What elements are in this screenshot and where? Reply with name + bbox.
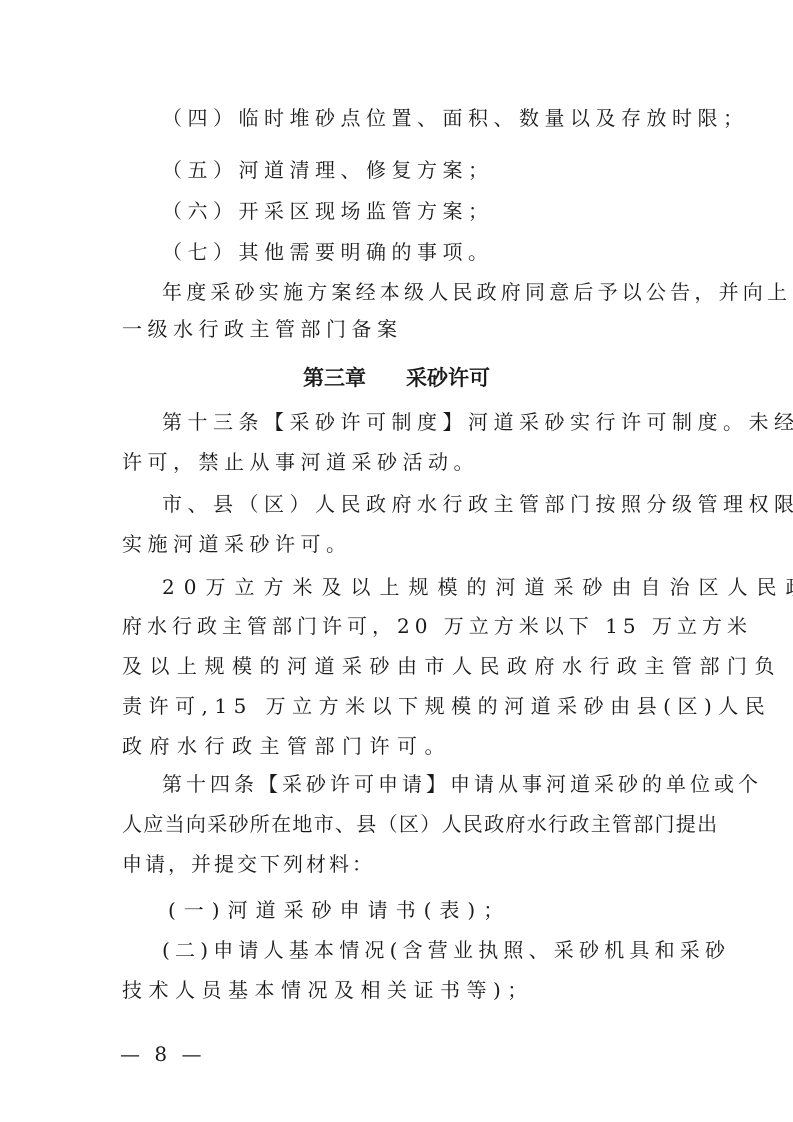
chapter-heading: 第三章采砂许可 xyxy=(0,364,793,392)
article-14-line1: 第十四条【采砂许可申请】申请从事河道采砂的单位或个 xyxy=(162,770,674,798)
article-14-line2: 人应当向采砂所在地市、县（区）人民政府水行政主管部门提出 xyxy=(122,810,674,838)
chapter-number: 第三章 xyxy=(303,364,366,392)
paragraph-scale-line2: 府水行政主管部门许可，20 万立方米以下 15 万立方米 xyxy=(122,612,674,640)
paragraph-county-line1: 市、县（区）人民政府水行政主管部门按照分级管理权限 xyxy=(162,490,674,518)
paragraph-scale-line4: 责许可,15 万立方米以下规模的河道采砂由县(区)人民 xyxy=(122,692,674,720)
paragraph-annual-plan-line1: 年度采砂实施方案经本级人民政府同意后予以公告，并向上 xyxy=(162,278,674,306)
paragraph-scale-line1: 20万立方米及以上规模的河道采砂由自治区人民政 xyxy=(162,573,674,601)
material-item-2-line1: (二)申请人基本情况(含营业执照、采砂机具和采砂 xyxy=(162,936,674,964)
material-item-2-line2: 技术人员基本情况及相关证书等)； xyxy=(122,976,674,1004)
article-13-line1: 第十三条【采砂许可制度】河道采砂实行许可制度。未经 xyxy=(162,408,674,436)
paragraph-scale-line5: 政府水行政主管部门许可。 xyxy=(122,732,674,760)
paragraph-annual-plan-line2: 一级水行政主管部门备案 xyxy=(122,315,674,343)
material-item-1: (一)河道采砂申请书(表)； xyxy=(168,896,720,924)
list-item-4: （四）临时堆砂点位置、面积、数量以及存放时限； xyxy=(162,104,674,132)
article-13-line2: 许可，禁止从事河道采砂活动。 xyxy=(122,448,674,476)
chapter-title: 采砂许可 xyxy=(406,364,490,392)
list-item-5: （五）河道清理、修复方案； xyxy=(162,156,674,184)
page-number: — 8 — xyxy=(120,1040,205,1068)
article-14-line3: 申请，并提交下列材料： xyxy=(122,850,674,878)
paragraph-county-line2: 实施河道采砂许可。 xyxy=(122,530,674,558)
paragraph-scale-line3: 及以上规模的河道采砂由市人民政府水行政主管部门负 xyxy=(122,652,674,680)
document-page: （四）临时堆砂点位置、面积、数量以及存放时限； （五）河道清理、修复方案； （六… xyxy=(0,0,793,1122)
list-item-6: （六）开采区现场监管方案； xyxy=(162,197,674,225)
list-item-7: （七）其他需要明确的事项。 xyxy=(162,238,674,266)
